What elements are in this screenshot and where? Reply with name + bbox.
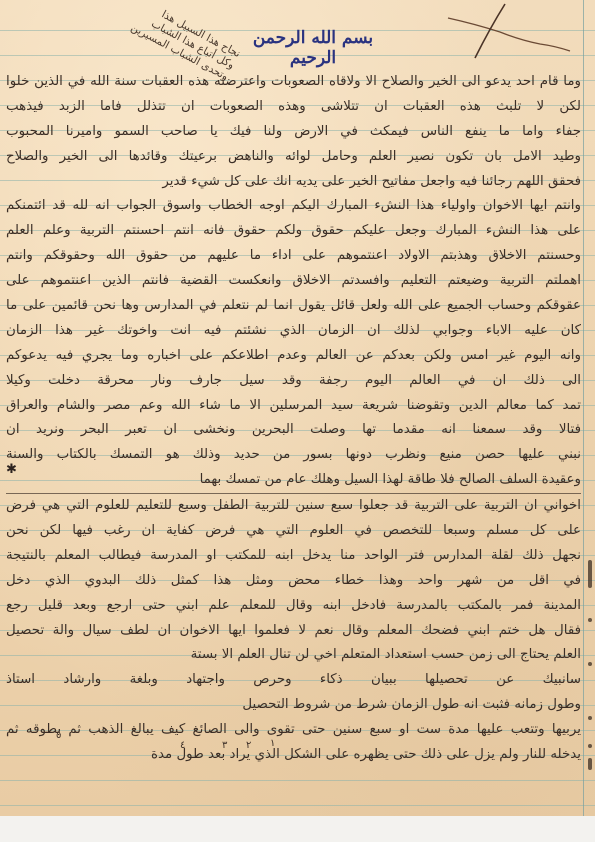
text-line: الى ذلك ان في العالم اليوم رجفة وقد سيل … (6, 369, 581, 394)
marginal-number: ٣ (222, 740, 227, 751)
text-line: على كل مسلم وسبعا للتخصص في العلوم التي … (6, 519, 581, 544)
marginal-number: ١ (270, 738, 275, 749)
text-line: وعقيدة السلف الصالح فلا طاقة لهذا السيل … (6, 468, 581, 494)
text-line: العلم يحتاج الى زمن حسب استعداد المتعلم … (6, 643, 581, 668)
margin-notes (585, 560, 595, 810)
text-line: اهملتم التربية وضيعتم التعليم وافسدتم ال… (6, 269, 581, 294)
text-line: يربيها وتتعب عليها مدة ست او سبع سنين حت… (6, 718, 581, 743)
text-line: كان عليه الاباء وجوابي لذلك ان الزمان ال… (6, 319, 581, 344)
text-line: فحقق اللهم رجائنا فيه واجعل مفاتيح الخير… (6, 170, 581, 195)
text-line: اخواني ان التربية على التربية قد جعلوا س… (6, 494, 581, 519)
text-line: في اقل من شهر واحد وهذا خطاء محض ومثل هذ… (6, 569, 581, 594)
text-line: فقال هل ختم ابني فضحك المعلم وقال نعم لا… (6, 619, 581, 644)
marginal-number: ٥ (56, 730, 61, 741)
margin-mark (588, 758, 592, 770)
margin-mark (588, 716, 592, 720)
bismillah-header: بسم الله الرحمن الرحيم (238, 28, 388, 68)
marginal-number: ٢ (246, 740, 251, 751)
text-line: نجهل ذلك لقلة المدارس فتر الواحد منا يدخ… (6, 544, 581, 569)
text-line: لكن لا تلبث هذه العقبات ان تتلاشى وهذه ا… (6, 95, 581, 120)
marginal-number: ٤ (180, 740, 185, 751)
text-line: تمد كما معالم الدين وتقوضنا شريعة سيد ال… (6, 394, 581, 419)
margin-line (583, 0, 584, 816)
text-line: وطيد الامل بان تكون نصير العلم وحامل لوا… (6, 145, 581, 170)
text-line: وانتم ايها الاخوان واولياء هذا النشء الم… (6, 194, 581, 219)
text-line: وما قام احد يدعو الى الخير والصلاح الا و… (6, 70, 581, 95)
text-line: سانبيك عن تحصيلها ببيان ذكاء وحرص واجتها… (6, 668, 581, 693)
text-line: فتالا وقد سمعنا انه مقدما تها وصلت البحر… (6, 418, 581, 443)
margin-mark (588, 618, 592, 622)
text-line: المدينة فمر بالمكتب بالمدرسة فادخل ابنه … (6, 594, 581, 619)
page: نجاح هذا السبيل هذا وكل أتباع هذا الشباب… (0, 0, 595, 842)
text-line: نبني عليها حصن منيع ونظرب دونها بسور من … (6, 443, 581, 468)
text-line: عقوقكم وحساب الجميع على الله ولعل قائل ي… (6, 294, 581, 319)
star-mark-icon: ✱ (6, 462, 17, 477)
margin-mark (588, 662, 592, 666)
margin-mark (588, 560, 592, 588)
text-line: وانه اليوم غير امس ولكن بعدكم عن العالم … (6, 344, 581, 369)
letter-body: وما قام احد يدعو الى الخير والصلاح الا و… (6, 70, 581, 768)
text-line: يدخله للنار ولم يزل على ذلك حتى يظهره عل… (6, 743, 581, 768)
text-line: على هذا النشء المبارك وجعل عليكم حقوق ول… (6, 219, 581, 244)
margin-mark (588, 744, 592, 748)
cross-mark-icon (445, 0, 575, 70)
text-line: وحسنتم الاخلاق وهذبتم الاولاد اعنتموهم ع… (6, 244, 581, 269)
letter-paper: نجاح هذا السبيل هذا وكل أتباع هذا الشباب… (0, 0, 595, 816)
text-line: جفاء واما ما ينفع الناس فيمكث في الارض و… (6, 120, 581, 145)
text-line: وطول زمانه فثبت انه طول الزمان شرط من شر… (6, 693, 581, 718)
